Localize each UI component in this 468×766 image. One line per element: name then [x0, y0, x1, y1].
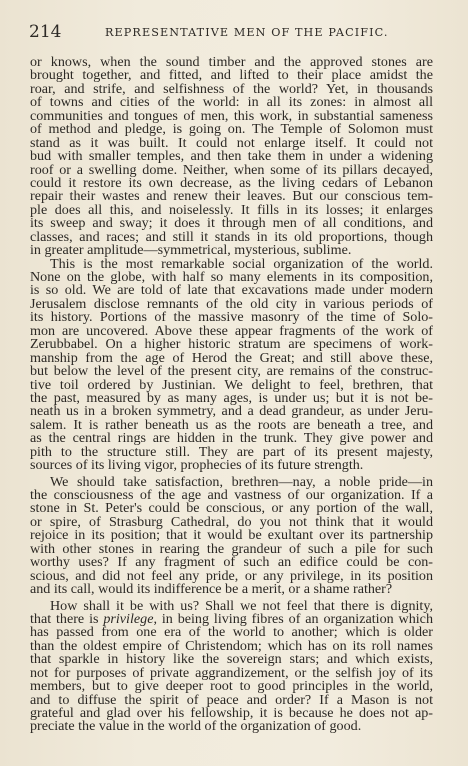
- text-line: sources of its living vigor, prophecies …: [30, 459, 433, 472]
- page-number: 214: [29, 22, 61, 42]
- paragraph: How shall it be with us? Shall we not fe…: [30, 600, 433, 734]
- text-line: preciate the value in the world of the o…: [30, 720, 433, 733]
- paragraph: or knows, when the sound timber and the …: [30, 56, 433, 258]
- paragraph: This is the most remarkable social organ…: [30, 258, 433, 473]
- page-header: 214 REPRESENTATIVE MEN OF THE PACIFIC.: [29, 22, 439, 42]
- text-line: and its call, would its indifference be …: [30, 583, 433, 596]
- paragraph: We should take satisfaction, brethren—na…: [30, 476, 433, 597]
- body-text: or knows, when the sound timber and the …: [30, 56, 433, 734]
- running-head: REPRESENTATIVE MEN OF THE PACIFIC.: [105, 26, 389, 39]
- book-page: 214 REPRESENTATIVE MEN OF THE PACIFIC. o…: [0, 0, 468, 766]
